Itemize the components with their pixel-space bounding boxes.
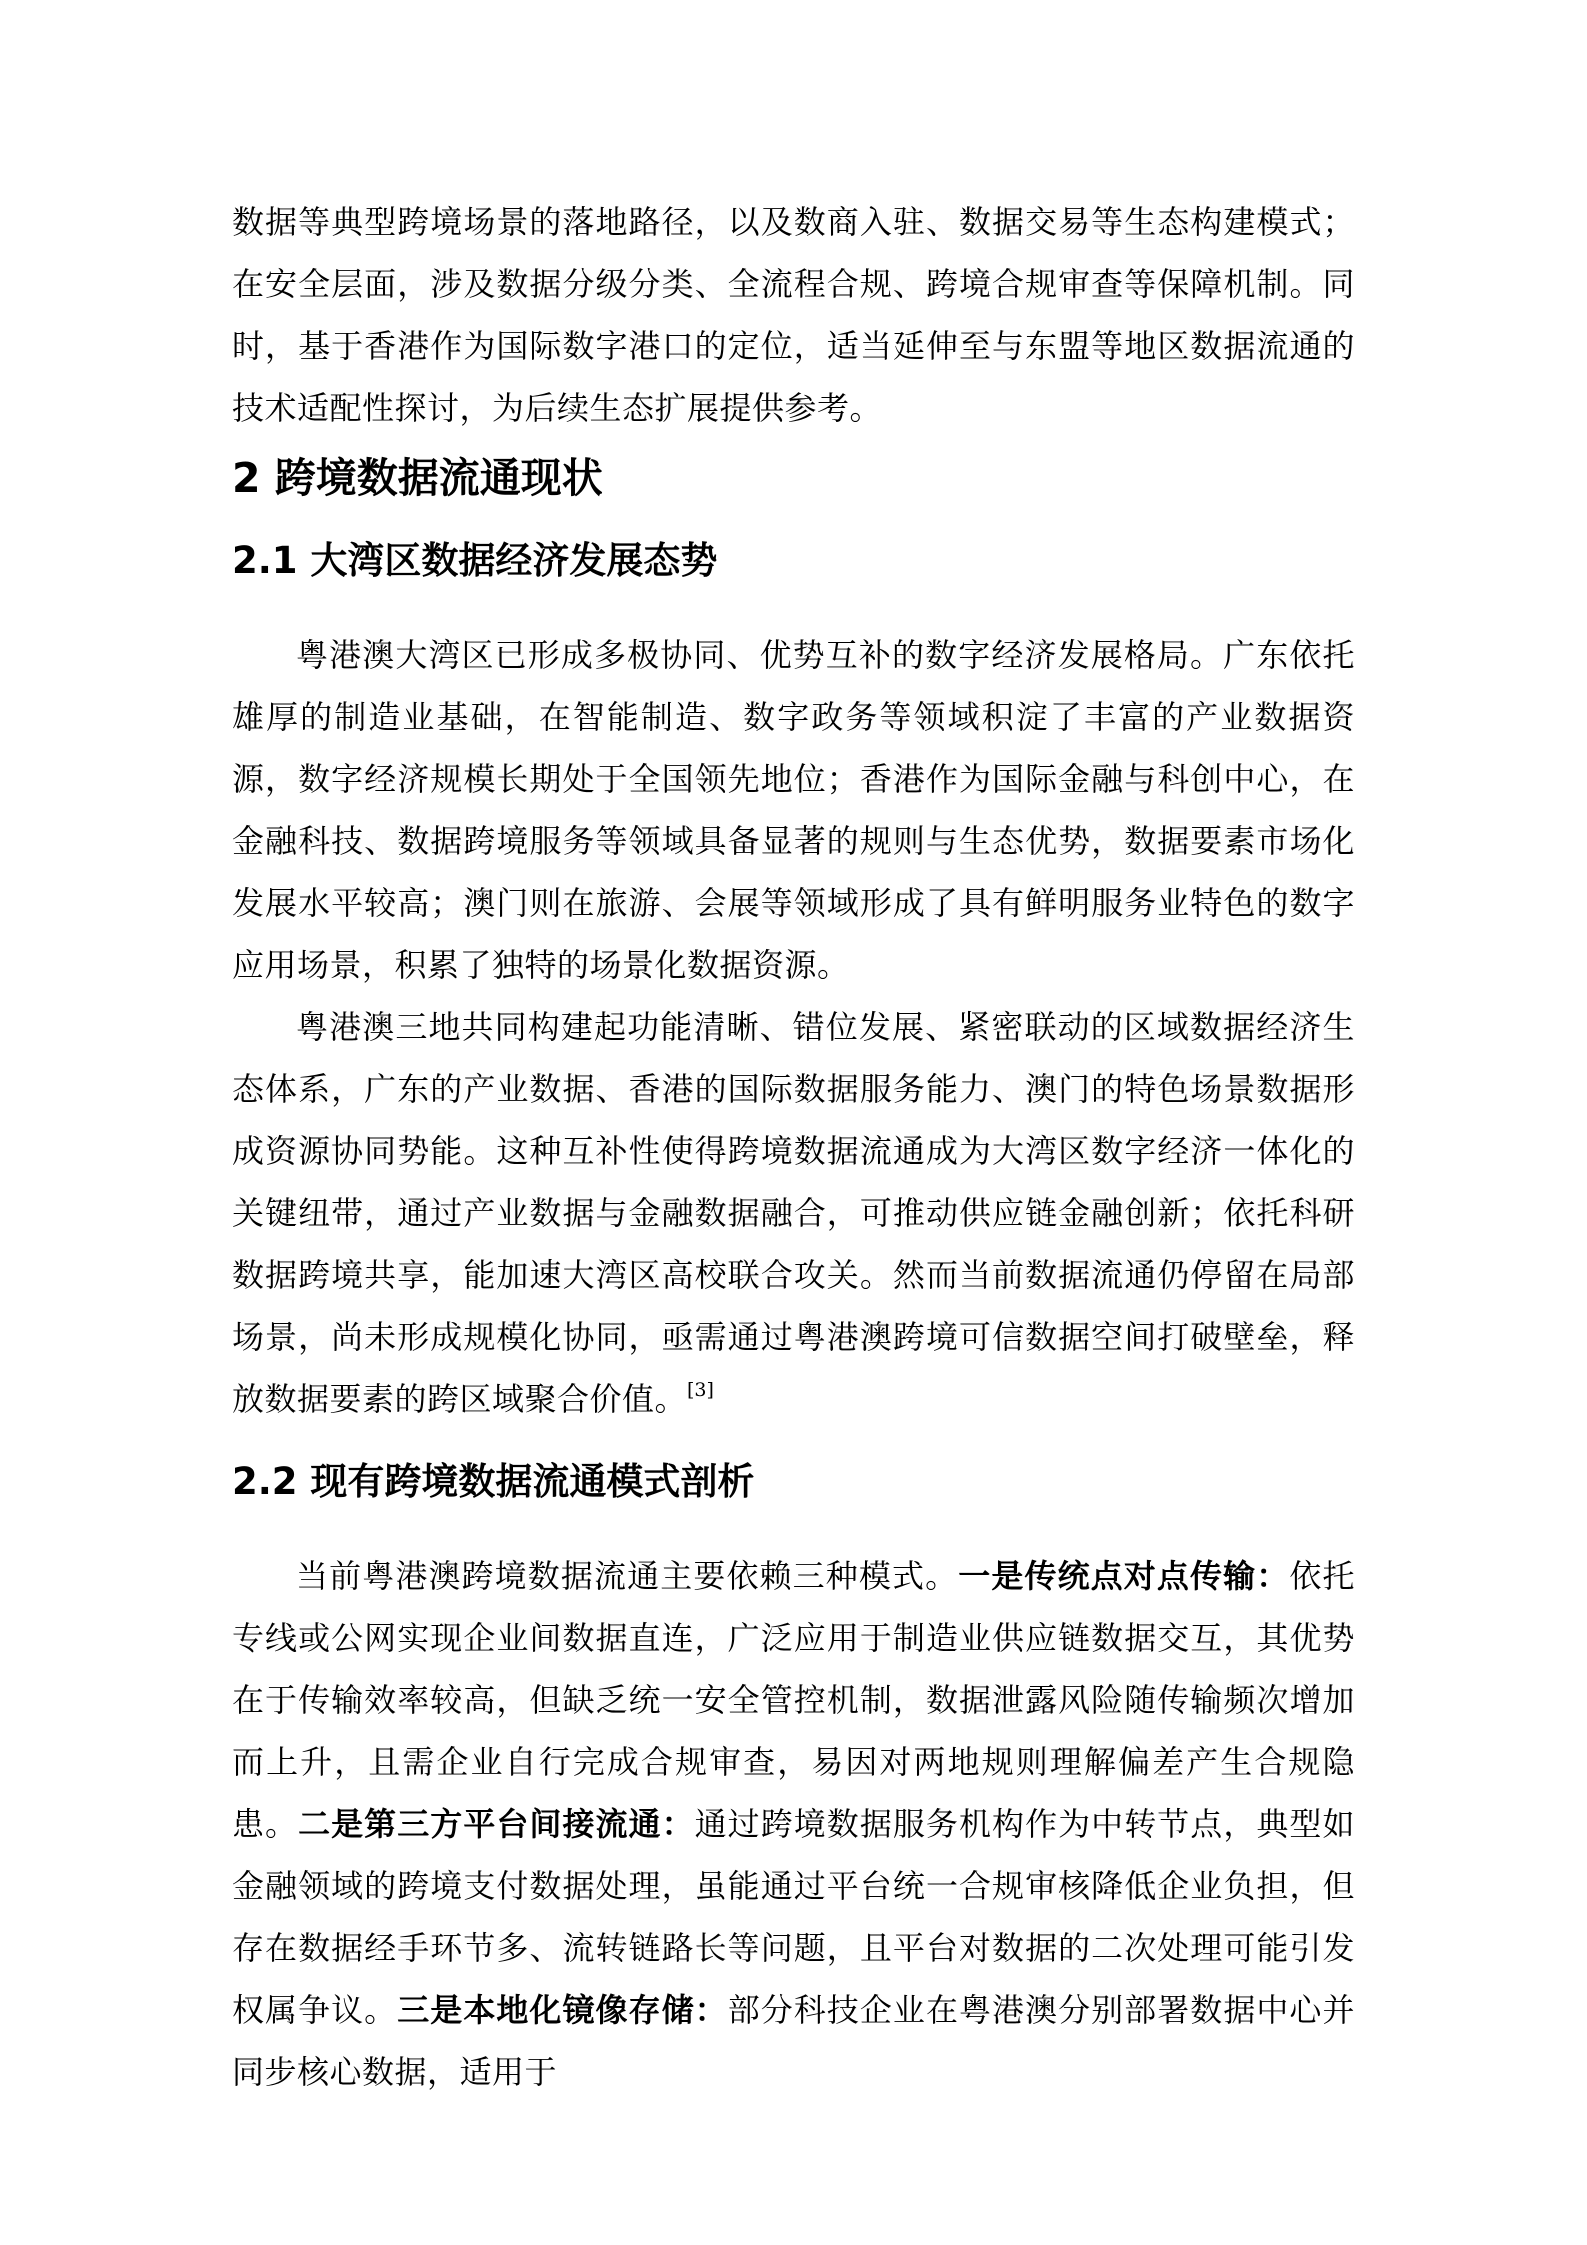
footnote-reference: [3] [687, 1379, 714, 1401]
body-paragraph-regional-ecosystem: 粤港澳三地共同构建起功能清晰、错位发展、紧密联动的区域数据经济生态体系，广东的产… [232, 996, 1355, 1430]
text-run: 粤港澳三地共同构建起功能清晰、错位发展、紧密联动的区域数据经济生态体系，广东的产… [232, 1008, 1355, 1418]
body-paragraph-bay-area-development: 粤港澳大湾区已形成多极协同、优势互补的数字经济发展格局。广东依托雄厚的制造业基础… [232, 624, 1355, 996]
bold-text-run: 一是传统点对点传输： [958, 1557, 1289, 1595]
text-run: 数据等典型跨境场景的落地路径，以及数商入驻、数据交易等生态构建模式；在安全层面，… [232, 203, 1355, 427]
text-run: 依托专线或公网实现企业间数据直连，广泛应用于制造业供应链数据交互，其优势在于传输… [232, 1557, 1355, 1843]
section-heading-2-1: 2.1 大湾区数据经济发展态势 [232, 530, 1355, 592]
section-heading-2-2: 2.2 现有跨境数据流通模式剖析 [232, 1451, 1355, 1513]
bold-text-run: 三是本地化镜像存储： [397, 1991, 727, 2029]
text-run: 粤港澳大湾区已形成多极协同、优势互补的数字经济发展格局。广东依托雄厚的制造业基础… [232, 636, 1355, 984]
bold-text-run: 二是第三方平台间接流通： [298, 1805, 695, 1843]
body-paragraph-three-modes: 当前粤港澳跨境数据流通主要依赖三种模式。一是传统点对点传输：依托专线或公网实现企… [232, 1545, 1355, 2103]
document-content: 数据等典型跨境场景的落地路径，以及数商入驻、数据交易等生态构建模式；在安全层面，… [232, 191, 1355, 2103]
section-heading-2: 2 跨境数据流通现状 [232, 447, 1355, 509]
text-run: 2 跨境数据流通现状 [232, 454, 603, 502]
document-page: 数据等典型跨境场景的落地路径，以及数商入驻、数据交易等生态构建模式；在安全层面，… [0, 0, 1587, 2245]
text-run: 2.2 现有跨境数据流通模式剖析 [232, 1460, 754, 1503]
text-run: 2.1 大湾区数据经济发展态势 [232, 539, 717, 582]
body-paragraph-intro-continuation: 数据等典型跨境场景的落地路径，以及数商入驻、数据交易等生态构建模式；在安全层面，… [232, 191, 1355, 439]
text-run: 当前粤港澳跨境数据流通主要依赖三种模式。 [296, 1557, 958, 1595]
